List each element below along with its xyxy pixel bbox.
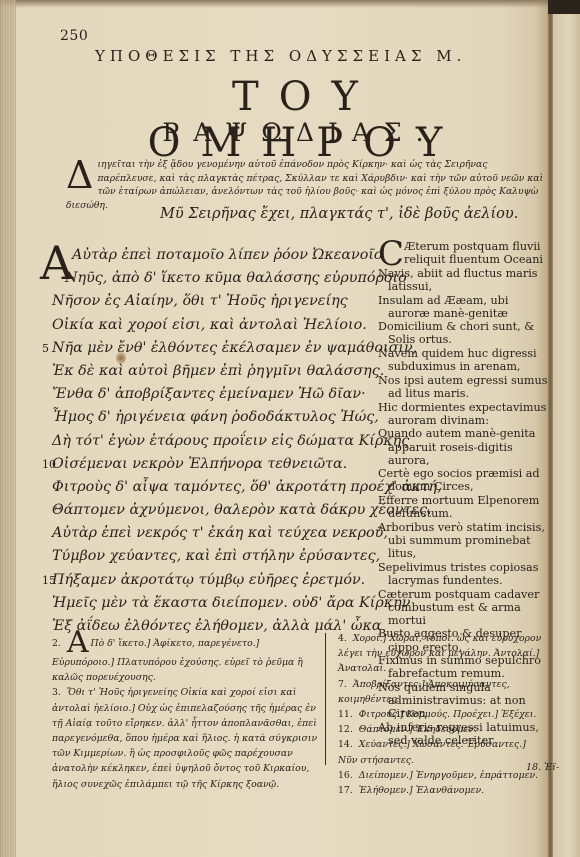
scholion-note: 11.Φιτρούς.] Κορμούς. Προέχει.] Ἐξέχει.	[338, 707, 548, 722]
page-number: 250	[60, 28, 88, 44]
latin-line: Insulam ad Ææam, ubi auroræ manè-genitæ	[378, 294, 550, 320]
greek-line: Ἦμος δ' ἠριγένεια φάνη ῥοδοδάκτυλος Ἠώς,	[52, 406, 367, 429]
greek-line: Αὐτὰρ ἐπεὶ νεκρός τ' ἐκάη καὶ τεύχεα νεκ…	[52, 522, 367, 545]
note-number: 3.	[52, 687, 61, 698]
column-rule	[325, 633, 326, 765]
latin-line: Certè ego socios præmisi ad domum Circes…	[378, 467, 550, 493]
running-head: ΥΠΟΘΕΣΙΣ ΤΗΣ ΟΔΥΣΣΕΙΑΣ Μ.	[95, 47, 535, 65]
scholia-left-column: 2.ΑΠὸ δ' ἵκετο.] Ἀφίκετο, παρεγένετο.] Ε…	[52, 631, 322, 792]
scholion-note: 16.Διείπομεν.] Ἐνηργοῦμεν, ἐπράττομεν.	[338, 768, 548, 783]
greek-line: Θάπτομεν ἀχνύμενοι, θαλερὸν κατὰ δάκρυ χ…	[52, 499, 367, 522]
book-page-scan: 250 ΥΠΟΘΕΣΙΣ ΤΗΣ ΟΔΥΣΣΕΙΑΣ Μ. ΤΟΥ ΟΜΗΡΟΥ…	[0, 0, 580, 857]
facing-page-edge	[553, 0, 580, 857]
catchword: 18. Ἐϊ-	[526, 762, 559, 773]
latin-line: Domicilium & chori sunt, & Solis ortus.	[378, 320, 550, 346]
note-number: 2.	[52, 638, 61, 649]
line-number: 5	[42, 337, 49, 360]
argument-paragraph: Δ ιηγεῖται τὴν ἐξ ᾅδου γενομένην αὐτοῦ ἐ…	[66, 158, 544, 212]
greek-line: Νηῦς, ἀπὸ δ' ἵκετο κῦμα θαλάσσης εὐρυπόρ…	[52, 267, 367, 290]
drop-cap: Δ	[66, 158, 93, 192]
scholion-note: 2.ΑΠὸ δ' ἵκετο.] Ἀφίκετο, παρεγένετο.] Ε…	[52, 631, 322, 685]
greek-line: ΑΑὐτὰρ ἐπεὶ ποταμοῖο λίπεν ῥόον Ὠκεανοῖο	[52, 244, 367, 267]
scholion-note: 12.Θάπτομεν.] Ἐκηδεύομεν.	[338, 722, 548, 737]
latin-line: Hic dormientes expectavimus auroram divi…	[378, 401, 550, 427]
book-subtitle: ΡΑΨΩΔΙΑΣ.	[120, 118, 480, 147]
latin-line: Navem quidem huc digressi subduximus in …	[378, 347, 550, 373]
greek-line: Ἔνθα δ' ἀποβρίξαντες ἐμείναμεν Ἠῶ δῖαν·	[52, 383, 367, 406]
top-shadow	[0, 0, 580, 8]
latin-line: Nos ipsi autem egressi sumus ad litus ma…	[378, 374, 550, 400]
scholion-note: 3.Ὅθι τ' Ἠοῦς ἠριγενείης Οἰκία καὶ χοροί…	[52, 685, 322, 791]
greek-line: Ἐκ δὲ καὶ αὐτοὶ βῆμεν ἐπὶ ῥηγμῖνι θαλάσσ…	[52, 360, 367, 383]
scholion-note: 14.Χεύαντες.] Χώσαντες. Ἐρύσαντες.] Νῦν …	[338, 737, 548, 767]
latin-line: Cæterum postquam cadaver combustum est &…	[378, 588, 550, 627]
greek-text-column: ΑΑὐτὰρ ἐπεὶ ποταμοῖο λίπεν ῥόον Ὠκεανοῖο…	[52, 244, 367, 638]
latin-line: Arboribus verò statim incisis, ubi summu…	[378, 521, 550, 560]
greek-line: Οἰκία καὶ χοροί εἰσι, καὶ ἀντολαὶ Ἠελίοι…	[52, 314, 367, 337]
scholion-note: 7.Ἀποβρίξαντες.] Ἀποκοιμήσαντες, κοιμηθέ…	[338, 677, 548, 707]
latin-line: Sepelivimus tristes copiosas lacrymas fu…	[378, 561, 550, 587]
drop-cap: Α	[67, 625, 89, 660]
greek-line: 15Πήξαμεν ἀκροτάτῳ τύμβῳ εὐῆρες ἐρετμόν.	[52, 569, 367, 592]
greek-line: Νῆσον ἐς Αἰαίην, ὅθι τ' Ἠοῦς ἠριγενείης	[52, 290, 367, 313]
page-edges	[0, 0, 16, 857]
greek-line: Ἡμεῖς μὲν τὰ ἕκαστα διείπομεν. οὐδ' ἄρα …	[52, 592, 367, 615]
greek-line: 5Νῆα μὲν ἔνθ' ἐλθόντες ἐκέλσαμεν ἐν ψαμά…	[52, 337, 367, 360]
argument-text: ιηγεῖται τὴν ἐξ ᾅδου γενομένην αὐτοῦ ἐπά…	[66, 159, 543, 211]
scholion-note: 17.Ἐλήθομεν.] Ἐλανθάνομεν.	[338, 783, 548, 798]
latin-line: Navis, abiit ad fluctus maris latissui,	[378, 267, 550, 293]
greek-line: Φιτροὺς δ' αἶψα ταμόντες, ὅθ' ἀκροτάτη π…	[52, 476, 367, 499]
latin-line: Efferre mortuum Elpenorem defunctum.	[378, 494, 550, 520]
latin-line: CÆterum postquam fluvii reliquit fluentu…	[378, 240, 550, 266]
verse-summary: Μῦ Σειρῆνας ἔχει, πλαγκτάς τ', ἰδὲ βοῦς …	[160, 206, 520, 222]
greek-line: 10Οἰσέμεναι νεκρὸν Ἐλπήνορα τεθνειῶτα.	[52, 453, 367, 476]
latin-line: Quando autem manè-genita apparuit roseis…	[378, 427, 550, 466]
dark-corner	[548, 0, 580, 14]
scholia-right-column: 4.Χοροί.] Χῶραι, τόποι. ὡς καὶ εὐρύχορον…	[338, 631, 548, 798]
scholion-note: 4.Χοροί.] Χῶραι, τόποι. ὡς καὶ εὐρύχορον…	[338, 631, 548, 677]
greek-line: Τύμβον χεύαντες, καὶ ἐπὶ στήλην ἐρύσαντε…	[52, 545, 367, 568]
greek-line: Δὴ τότ' ἐγὼν ἑτάρους προΐειν εἰς δώματα …	[52, 430, 367, 453]
